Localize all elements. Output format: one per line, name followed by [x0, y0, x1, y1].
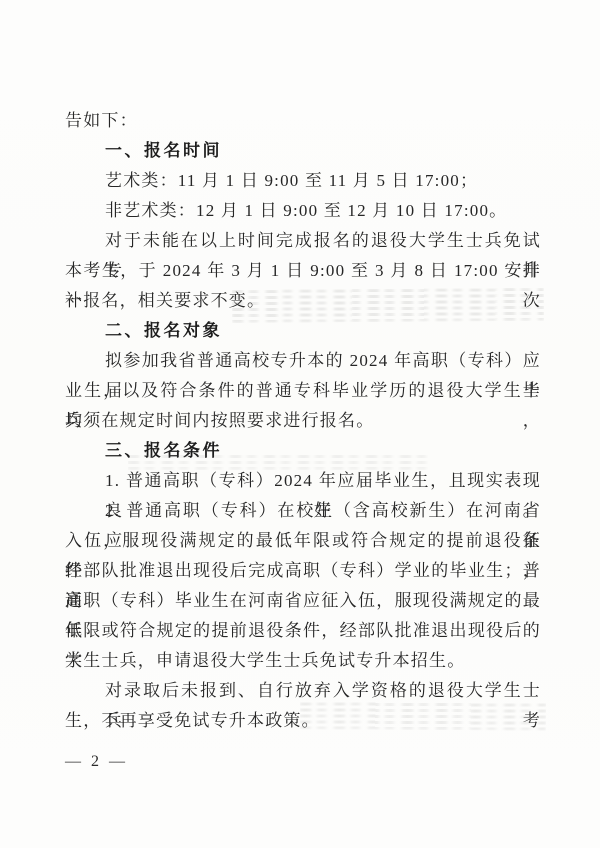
doc-line: 2. 普通高职（专科）在校生（含高校新生）在河南省应征 [65, 496, 541, 526]
doc-line: 告如下： [65, 106, 541, 136]
doc-line: 学生士兵，申请退役大学生士兵免试专升本招生。 [65, 646, 541, 676]
doc-line: 非艺术类：12 月 1 日 9:00 至 12 月 10 日 17:00。 [65, 196, 541, 226]
doc-line: 高职（专科）毕业生在河南省应征入伍，服现役满规定的最低 [65, 586, 541, 616]
doc-line: 年限或符合规定的提前退役条件，经部队批准退出现役后的大 [65, 616, 541, 646]
doc-line: 1. 普通高职（专科）2024 年应届毕业生，且现实表现良好。 [65, 466, 541, 496]
doc-line: 本考生，于 2024 年 3 月 1 日 9:00 至 3 月 8 日 17:0… [65, 256, 541, 286]
doc-line: 入伍，服现役满规定的最低年限或符合规定的提前退役条件， [65, 526, 541, 556]
section-heading-3: 三、报名条件 [65, 436, 541, 466]
doc-line: 对于未能在以上时间完成报名的退役大学生士兵免试专升 [65, 226, 541, 256]
section-heading-1: 一、报名时间 [65, 136, 541, 166]
section-heading-2: 二、报名对象 [65, 316, 541, 346]
document-body: 告如下： 一、报名时间 艺术类：11 月 1 日 9:00 至 11 月 5 日… [65, 106, 541, 736]
doc-line: 经部队批准退出现役后完成高职（专科）学业的毕业生；普通 [65, 556, 541, 586]
doc-line: 业生，以及符合条件的普通专科毕业学历的退役大学生士兵， [65, 376, 541, 406]
doc-line: 艺术类：11 月 1 日 9:00 至 11 月 5 日 17:00； [65, 166, 541, 196]
scanned-document-page: 告如下： 一、报名时间 艺术类：11 月 1 日 9:00 至 11 月 5 日… [0, 0, 600, 848]
page-number: — 2 — [65, 753, 128, 771]
doc-line: 拟参加我省普通高校专升本的 2024 年高职（专科）应届毕 [65, 346, 541, 376]
doc-line: 对录取后未报到、自行放弃入学资格的退役大学生士兵考 [65, 676, 541, 706]
